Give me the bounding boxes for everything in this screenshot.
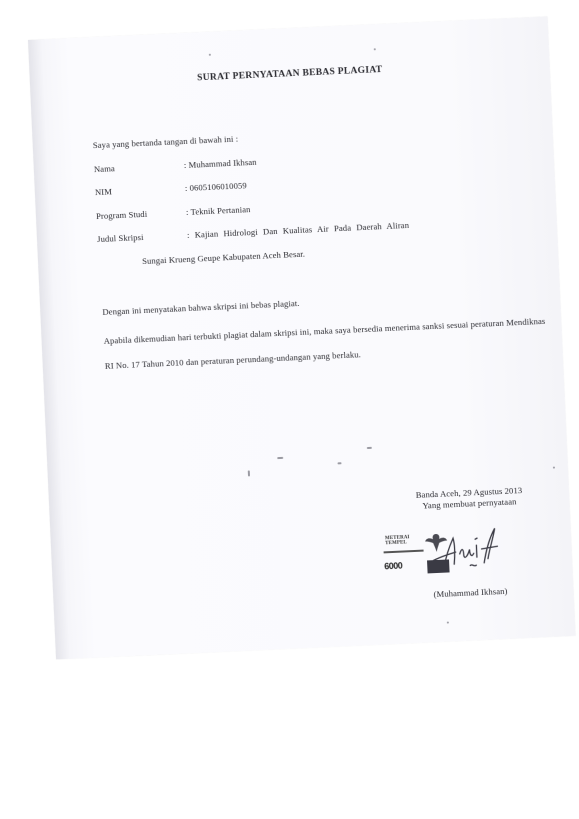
judul-continuation: Sungai Krueng Geupe Kabupaten Aceh Besar… bbox=[142, 249, 305, 266]
handwritten-signature-icon bbox=[429, 524, 511, 576]
signer-name: (Muhammad Ikhsan) bbox=[433, 586, 507, 599]
stamp-label: METERAI TEMPEL bbox=[385, 535, 423, 547]
document-title: SURAT PERNYATAAN BEBAS PLAGIAT bbox=[30, 57, 550, 91]
scan-speck bbox=[277, 457, 283, 459]
field-value: : Teknik Pertanian bbox=[186, 191, 536, 217]
field-label: NIM bbox=[95, 183, 185, 197]
statement-text: Dengan ini menyatakan bahwa skripsi ini … bbox=[102, 298, 300, 317]
scan-speck bbox=[209, 54, 211, 56]
scanned-paper: SURAT PERNYATAAN BEBAS PLAGIAT Saya yang… bbox=[28, 16, 576, 659]
scan-speck bbox=[374, 48, 376, 50]
scan-speck bbox=[447, 622, 449, 624]
signature-block: Banda Aceh, 29 Agustus 2013 Yang membuat… bbox=[389, 484, 550, 513]
field-label: Judul Skripsi bbox=[97, 230, 187, 244]
meterai-stamp: METERAI TEMPEL 6000 bbox=[383, 533, 425, 575]
stamp-band bbox=[384, 550, 424, 554]
intro-text: Saya yang bertanda tangan di bawah ini : bbox=[93, 134, 239, 151]
scan-speck bbox=[248, 470, 250, 476]
field-value: : Kajian Hidrologi Dan Kualitas Air Pada… bbox=[187, 214, 537, 240]
stamp-value: 6000 bbox=[384, 561, 402, 572]
letter-body: SURAT PERNYATAAN BEBAS PLAGIAT Saya yang… bbox=[28, 16, 576, 659]
field-value: : 0605106010059 bbox=[185, 167, 535, 193]
field-label: Nama bbox=[94, 160, 184, 174]
scan-speck bbox=[367, 447, 372, 449]
scan-speck bbox=[553, 467, 555, 469]
field-label: Program Studi bbox=[96, 207, 186, 221]
field-value: : Muhammad Ikhsan bbox=[184, 144, 534, 170]
field-nama: Nama : Muhammad Ikhsan bbox=[94, 144, 534, 164]
sanction-paragraph: Apabila dikemudian hari terbukti plagiat… bbox=[103, 309, 547, 378]
field-program-studi: Program Studi : Teknik Pertanian bbox=[96, 191, 536, 211]
scan-speck bbox=[337, 462, 341, 464]
